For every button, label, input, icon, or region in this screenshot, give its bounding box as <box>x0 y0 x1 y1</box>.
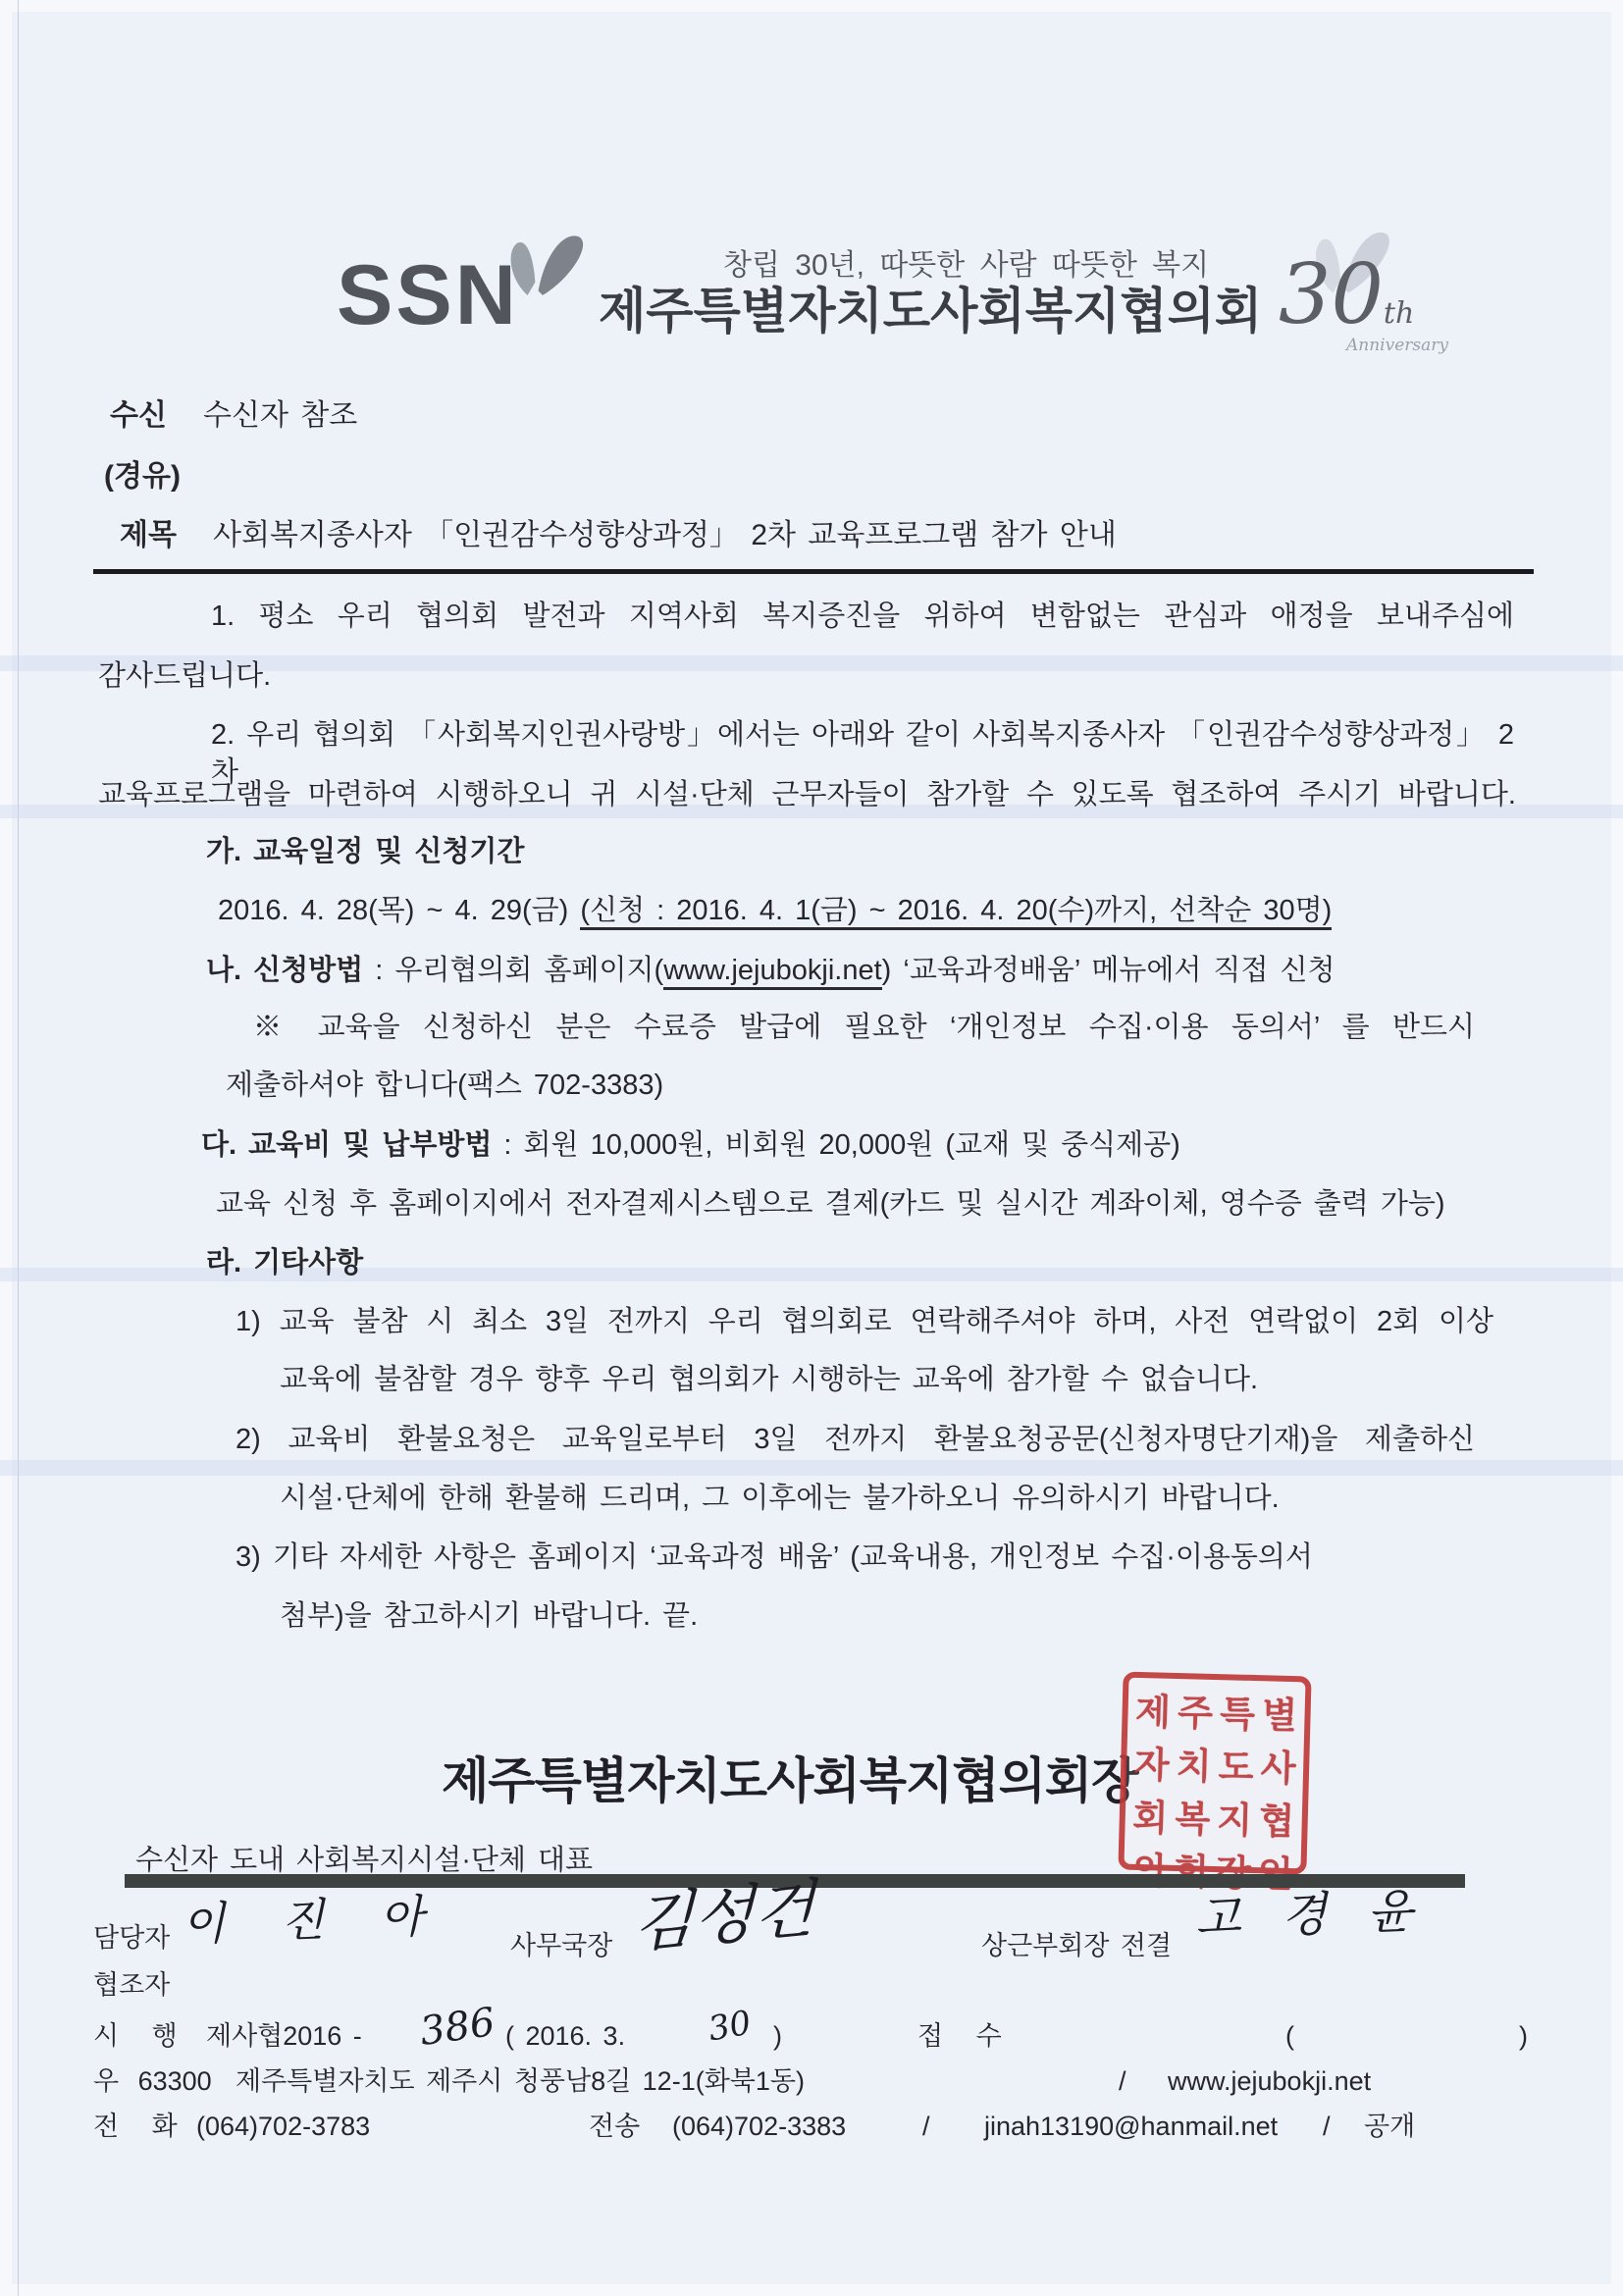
seal-char: 제 <box>1131 1682 1175 1736</box>
item-na-post: ) ‘교육과정배움’ 메뉴에서 직접 신청 <box>882 955 1335 986</box>
etc-item-2-line-2: 시설·단체에 한해 환불해 드리며, 그 이후에는 불가하오니 유의하시기 바랍… <box>280 1481 1280 1518</box>
logo-text-ssn: SSN <box>337 253 519 338</box>
doc-number-handwritten: 386 <box>418 2003 497 2052</box>
recipient-value: 수신자 참조 <box>203 399 357 432</box>
etc-item-2-line-1: 2) 교육비 환불요청은 교육일로부터 3일 전까지 환불요청공문(신청자명단기… <box>236 1422 1475 1459</box>
seal-char: 자 <box>1130 1735 1174 1789</box>
tel-value: (064)702-3783 <box>196 2110 370 2144</box>
seal-char: 사 <box>1257 1738 1300 1792</box>
letterhead-tagline: 창립 30년, 따뜻한 사람 따뜻한 복지 <box>723 240 1209 284</box>
manager-label: 담당자 <box>93 1921 170 1956</box>
application-period-underlined: (신청 : 2016. 4. 1(금) ~ 2016. 4. 20(수)까지, … <box>580 895 1332 930</box>
subject-divider-rule <box>93 569 1534 574</box>
item-na-note-line-2: 제출하셔야 합니다(팩스 702-3383) <box>226 1068 663 1105</box>
item-da-heading: 다. 교육비 및 납부방법 <box>201 1129 492 1161</box>
item-ra-heading: 라. 기타사항 <box>206 1245 363 1282</box>
item-na-row: 나. 신청방법 : 우리협의회 홈페이지(www.jejubokji.net) … <box>206 953 1335 990</box>
receipt-paren-close: ) <box>1519 2019 1528 2054</box>
doc-number-printed: 제사협2016 - <box>206 2019 362 2054</box>
execution-label: 시 행 <box>93 2019 178 2054</box>
email-slash: / <box>922 2110 930 2144</box>
item-da-line-2: 교육 신청 후 홈페이지에서 전자결제시스템으로 결제(카드 및 실시간 계좌이… <box>216 1186 1445 1224</box>
scanned-official-letter: SSN 창립 30년, 따뜻한 사람 따뜻한 복지 제주특별자치도사회복지협의회… <box>0 0 1623 2296</box>
secretary-signature-handwritten: 김성건 <box>633 1878 815 1957</box>
disclosure-slash: / <box>1323 2110 1331 2144</box>
letterhead-org-name: 제주특별자치도사회복지협의회 <box>599 282 1262 340</box>
item-ga-date-row: 2016. 4. 28(목) ~ 4. 29(금) (신청 : 2016. 4.… <box>218 893 1332 930</box>
seal-char: 협 <box>1255 1791 1298 1845</box>
anniversary-word: Anniversary <box>1346 336 1448 355</box>
recipient-label: 수신 <box>110 399 167 432</box>
item-na-heading: 나. 신청방법 <box>206 955 363 986</box>
doc-date-pre: ( 2016. 3. <box>505 2019 625 2054</box>
fax-label: 전송 <box>589 2110 640 2144</box>
seal-char: 특 <box>1216 1684 1259 1738</box>
paragraph-2-line-2: 교육프로그램을 마련하여 시행하오니 귀 시설·단체 근무자들이 참가할 수 있… <box>98 777 1516 814</box>
seal-char: 별 <box>1258 1685 1301 1739</box>
anniversary-number: 30 <box>1279 246 1384 342</box>
fax-value: (064)702-3383 <box>672 2110 846 2144</box>
vice-chair-name-handwritten: 고 경 윤 <box>1194 1888 1413 1943</box>
receipt-label: 접 수 <box>917 2019 1002 2054</box>
manager-name-handwritten: 이 진 아 <box>181 1894 424 1948</box>
seal-char: 회 <box>1128 1788 1172 1842</box>
etc-item-3-line-2: 첨부)을 참고하시기 바랍니다. 끝. <box>280 1598 698 1636</box>
vice-chair-label: 상근부회장 전결 <box>981 1929 1172 1963</box>
cooperator-label: 협조자 <box>93 1968 170 2003</box>
disclosure-value: 공개 <box>1364 2110 1415 2144</box>
zip-label: 우 63300 <box>93 2064 212 2099</box>
seal-char: 도 <box>1215 1737 1258 1791</box>
schedule-dates: 2016. 4. 28(목) ~ 4. 29(금) <box>218 895 580 926</box>
item-da-rest: : 회원 10,000원, 비회원 20,000원 (교재 및 중식제공) <box>492 1129 1179 1161</box>
subject-label: 제목 <box>120 519 177 551</box>
seal-char: 장 <box>1212 1843 1255 1897</box>
secretary-label: 사무국장 <box>510 1929 612 1963</box>
item-na-pre: : 우리협의회 홈페이지( <box>363 955 663 986</box>
email-value: jinah13190@hanmail.net <box>984 2110 1278 2144</box>
recipient-row: 수신 수신자 참조 <box>110 396 357 435</box>
anniversary-suffix: th <box>1384 296 1414 331</box>
scan-streak <box>0 1460 1623 1476</box>
seal-char: 치 <box>1173 1736 1216 1790</box>
tel-label: 전 화 <box>93 2110 178 2144</box>
item-ga-heading: 가. 교육일정 및 신청기간 <box>206 834 524 871</box>
website-url-inline: www.jejubokji.net <box>663 955 881 990</box>
subject-value: 사회복지종사자 「인권감수성향상과정」 2차 교육프로그램 참가 안내 <box>213 519 1117 551</box>
website-value: www.jejubokji.net <box>1168 2064 1371 2099</box>
etc-item-1-line-1: 1) 교육 불참 시 최소 3일 전까지 우리 협의회로 연락해주셔야 하며, … <box>236 1304 1493 1341</box>
address-slash: / <box>1119 2064 1126 2099</box>
issuer-title: 제주특별자치도사회복지협의회장 <box>442 1742 1138 1812</box>
anniversary-30th: 30th <box>1279 253 1414 336</box>
paragraph-1-line-2: 감사드립니다. <box>98 658 271 696</box>
via-label: (경유) <box>104 457 181 496</box>
receipt-paren-open: ( <box>1285 2019 1294 2054</box>
seal-char: 복 <box>1171 1789 1214 1843</box>
paragraph-1-line-1: 1. 평소 우리 협의회 발전과 지역사회 복지증진을 위하여 변함없는 관심과… <box>211 599 1514 636</box>
seal-char: 주 <box>1174 1683 1217 1737</box>
item-da-row: 다. 교육비 및 납부방법 : 회원 10,000원, 비회원 20,000원 … <box>201 1127 1180 1165</box>
seal-char: 지 <box>1213 1790 1256 1844</box>
subject-row: 제목 사회복지종사자 「인권감수성향상과정」 2차 교육프로그램 참가 안내 <box>120 516 1117 554</box>
item-na-note-line-1: ※ 교육을 신청하신 분은 수료증 발급에 필요한 ‘개인정보 수집·이용 동의… <box>253 1010 1475 1047</box>
doc-date-post: ) <box>773 2019 782 2054</box>
etc-item-1-line-2: 교육에 불참할 경우 향후 우리 협의회가 시행하는 교육에 참가할 수 없습니… <box>280 1362 1258 1399</box>
address-value: 제주특별자치도 제주시 청풍남8길 12-1(화북1동) <box>236 2064 805 2099</box>
etc-item-3-line-1: 3) 기타 자세한 사항은 홈페이지 ‘교육과정 배움’ (교육내용, 개인정보… <box>236 1539 1313 1577</box>
doc-date-handwritten: 30 <box>706 2007 754 2047</box>
official-seal-stamp: 제주특별 자치도사 회복지협 의회장인 <box>1118 1672 1311 1875</box>
scan-edge-line <box>18 0 19 2296</box>
